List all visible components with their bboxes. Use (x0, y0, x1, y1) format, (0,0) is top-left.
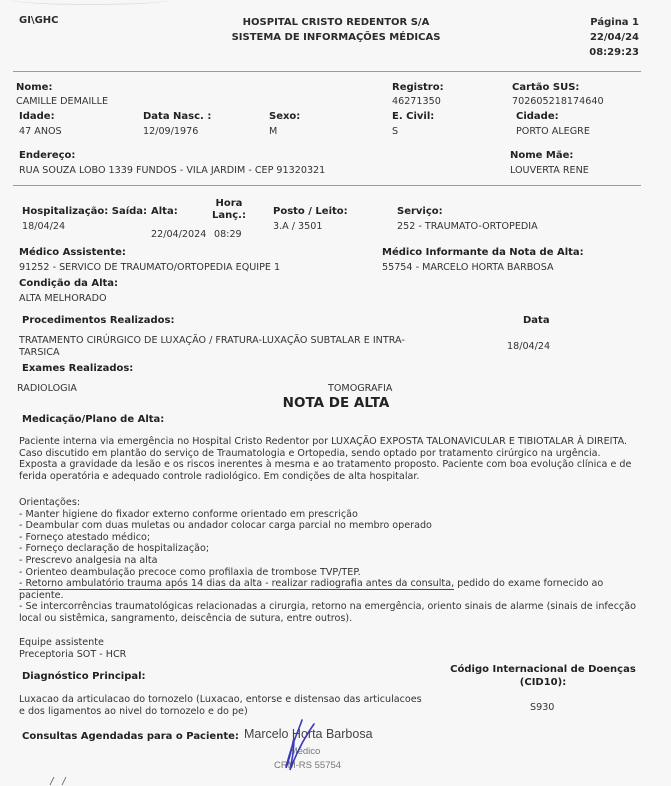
team-line2: Preceptoria SOT - HCR (19, 649, 639, 661)
patient-name: CAMILLE DEMAILLE (16, 96, 108, 107)
sus-label: Cartão SUS: (512, 82, 579, 93)
alta-value: 22/04/2024 (151, 229, 206, 240)
orientation-item: - Se intercorrências traumatológicas rel… (19, 601, 639, 624)
divider (13, 71, 641, 72)
endereco-value: RUA SOUZA LOBO 1339 FUNDOS - VILA JARDIM… (19, 165, 325, 176)
procedure-text-line2: TARSICA (19, 347, 405, 359)
diagnosis-line2: e dos ligamentos ao nivel do tornozelo e… (19, 706, 422, 718)
orientation-item-return: - Retorno ambulatório trauma após 14 dia… (19, 578, 639, 601)
posto-value: 3.A / 3501 (273, 221, 322, 232)
divider (13, 185, 641, 186)
print-date: 22/04/24 (560, 30, 639, 45)
saida-label: Hospitalização: Saída: (22, 206, 147, 217)
exam-item: RADIOLOGIA (17, 383, 77, 394)
nasc-label: Data Nasc. : (143, 111, 211, 122)
name-label: Nome: (16, 82, 52, 93)
note-title: NOTA DE ALTA (220, 395, 452, 411)
civil-label: E. Civil: (392, 111, 434, 122)
condicao-label: Condição da Alta: (19, 278, 118, 289)
return-underlined-text: - Retorno ambulatório trauma após 14 dia… (19, 578, 454, 590)
orientation-item: - Forneço atestado médico; (19, 532, 639, 544)
procedure-text-line1: TRATAMENTO CIRÚRGICO DE LUXAÇÃO / FRATUR… (19, 335, 405, 347)
hora-label-line2: Lanç.: (212, 210, 246, 222)
mae-value: LOUVERTA RENE (510, 165, 589, 176)
posto-label: Posto / Leito: (273, 206, 348, 217)
orientations-label: Orientações: (19, 497, 639, 509)
print-time: 08:29:23 (560, 45, 639, 60)
saida-value: 18/04/24 (22, 221, 65, 232)
exams-label: Exames Realizados: (22, 363, 133, 374)
orientation-item: - Forneço declaração de hospitalização; (19, 543, 639, 555)
condicao-value: ALTA MELHORADO (19, 293, 107, 304)
registro-value: 46271350 (392, 96, 441, 107)
cidade-value: PORTO ALEGRE (516, 126, 590, 137)
scan-mark-icon (40, 775, 80, 786)
system-code: GI\GHC (19, 15, 59, 26)
hospital-name: HOSPITAL CRISTO REDENTOR S/A SISTEMA DE … (186, 15, 486, 45)
note-summary: Paciente interna via emergência no Hospi… (19, 436, 639, 482)
plan-label: Medicação/Plano de Alta: (22, 414, 164, 425)
exam-item: TOMOGRAFIA (328, 383, 392, 394)
servico-label: Serviço: (397, 206, 443, 217)
diagnosis-line1: Luxacao da articulacao do tornozelo (Lux… (19, 694, 422, 706)
hora-label: Hora Lanç.: (212, 198, 246, 222)
hospital-title: HOSPITAL CRISTO REDENTOR S/A (186, 15, 486, 30)
page-info: Página 1 22/04/24 08:29:23 (560, 15, 639, 60)
sexo-value: M (269, 126, 277, 137)
procedure-item: TRATAMENTO CIRÚRGICO DE LUXAÇÃO / FRATUR… (19, 335, 405, 359)
cid-label: Código Internacional de Doenças (CID10): (438, 663, 648, 689)
orientation-item: - Orienteo deambulação precoce como prof… (19, 567, 639, 579)
consultations-label: Consultas Agendadas para o Paciente: (22, 731, 239, 742)
team-line1: Equipe assistente (19, 637, 639, 649)
orientation-item: - Manter higiene do fixador externo conf… (19, 509, 639, 521)
orientation-item: - Deambular com duas muletas ou andador … (19, 520, 639, 532)
mae-label: Nome Mãe: (510, 150, 573, 161)
orientations: Orientações: - Manter higiene do fixador… (19, 497, 639, 625)
page-number: Página 1 (560, 15, 639, 30)
team: Equipe assistente Preceptoria SOT - HCR (19, 637, 639, 660)
procedures-date-label: Data (523, 315, 550, 326)
cid-label-line2: (CID10): (438, 676, 648, 689)
medico-assistente-value: 91252 - SERVICO DE TRAUMATO/ORTOPEDIA EQ… (19, 262, 280, 273)
alta-label: Alta: (151, 206, 178, 217)
scan-artifact (10, 0, 170, 5)
medico-informante-value: 55754 - MARCELO HORTA BARBOSA (382, 262, 554, 273)
handwritten-signature-icon (280, 718, 320, 773)
cid-code: S930 (530, 702, 554, 713)
registro-label: Registro: (392, 82, 444, 93)
procedure-date: 18/04/24 (507, 341, 550, 352)
medico-assistente-label: Médico Assistente: (19, 247, 126, 258)
servico-value: 252 - TRAUMATO-ORTOPEDIA (397, 221, 538, 232)
sexo-label: Sexo: (269, 111, 300, 122)
hora-value: 08:29 (214, 229, 242, 240)
diagnosis-label: Diagnóstico Principal: (22, 671, 146, 682)
orientation-item: - Prescrevo analgesia na alta (19, 555, 639, 567)
system-title: SISTEMA DE INFORMAÇÕES MÉDICAS (186, 30, 486, 45)
endereco-label: Endereço: (19, 150, 75, 161)
sus-value: 702605218174640 (512, 96, 604, 107)
civil-value: S (392, 126, 398, 137)
cidade-label: Cidade: (516, 111, 559, 122)
cid-label-line1: Código Internacional de Doenças (438, 663, 648, 676)
idade-value: 47 ANOS (19, 126, 62, 137)
diagnosis-text: Luxacao da articulacao do tornozelo (Lux… (19, 694, 422, 718)
idade-label: Idade: (19, 111, 55, 122)
procedures-label: Procedimentos Realizados: (22, 315, 174, 326)
medico-informante-label: Médico Informante da Nota de Alta: (382, 247, 584, 258)
nasc-value: 12/09/1976 (143, 126, 198, 137)
hora-label-line1: Hora (212, 198, 246, 210)
